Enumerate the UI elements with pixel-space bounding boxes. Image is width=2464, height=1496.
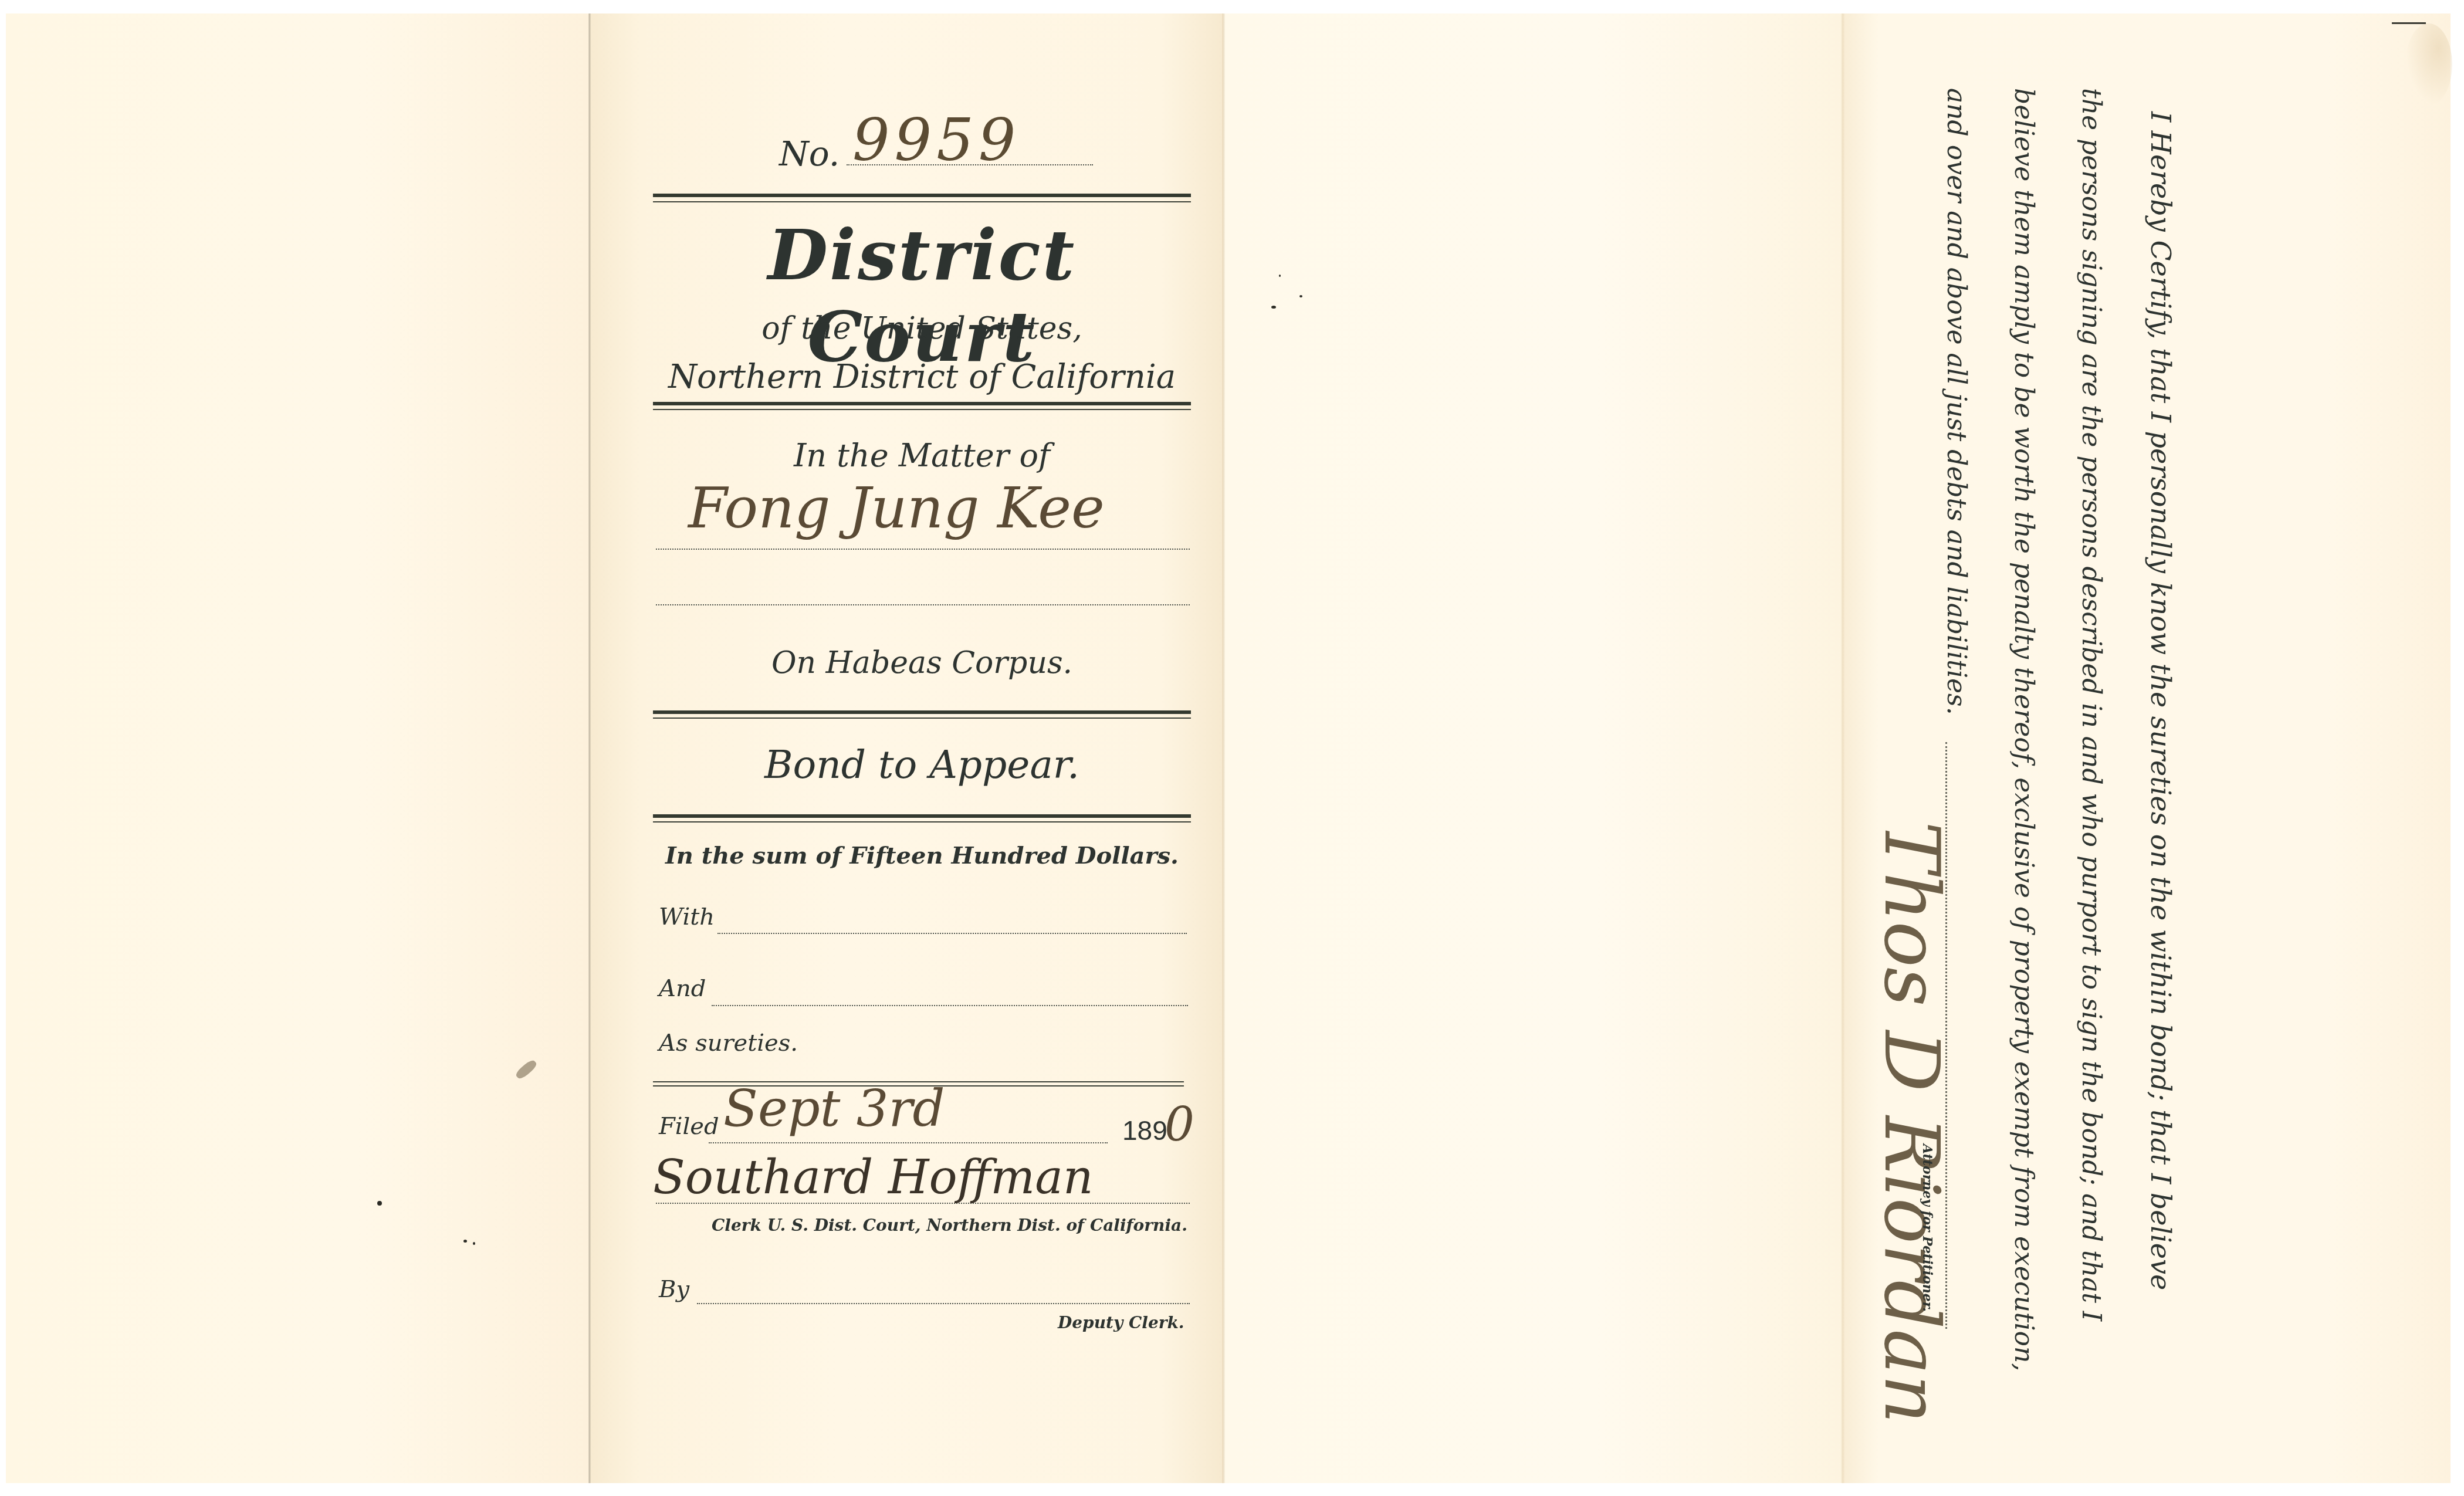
stain-mark — [2405, 23, 2452, 106]
certification-line: believe them amply to be worth the penal… — [2009, 88, 2039, 1371]
court-subtitle-2: Northern District of California — [653, 358, 1191, 396]
section-rule-thick — [653, 814, 1191, 818]
attorney-label: Attorney for Petitioner. — [1920, 1144, 1935, 1312]
filed-label: Filed — [659, 1113, 719, 1140]
section-rule-thin — [653, 821, 1191, 823]
filed-year-suffix: 0 — [1165, 1097, 1194, 1152]
petitioner-name: Fong Jung Kee — [688, 475, 1105, 541]
ink-speck — [1279, 275, 1281, 277]
section-rule-thick — [653, 710, 1191, 714]
petitioner-line-2 — [656, 604, 1190, 605]
header-rule-thick — [653, 194, 1191, 197]
section-rule-thin — [653, 717, 1191, 719]
clerk-title: Clerk U. S. Dist. Court, Northern Dist. … — [712, 1216, 1187, 1235]
with-label: With — [659, 903, 715, 930]
clerk-signature: Southard Hoffman — [653, 1150, 1093, 1204]
document-type: Bond to Appear. — [653, 742, 1191, 787]
and-field[interactable] — [712, 1005, 1188, 1006]
case-number-value: 9959 — [852, 106, 1021, 174]
and-label: And — [659, 975, 706, 1002]
court-title: District Court — [653, 214, 1191, 377]
blank-panel — [1223, 13, 1842, 1483]
fold-line — [1222, 13, 1225, 1483]
section-rule-thin — [653, 409, 1191, 410]
ink-speck — [377, 1201, 382, 1206]
ink-mark — [2392, 22, 2426, 24]
court-subtitle-1: of the United States, — [653, 311, 1191, 346]
certification-line: I Hereby Certify, that I personally know… — [2145, 111, 2177, 1290]
attorney-signature: Thos D Riordan — [1867, 821, 1957, 1424]
header-rule-thin — [653, 201, 1191, 202]
ink-speck — [473, 1242, 475, 1245]
petitioner-line-1 — [656, 549, 1190, 550]
by-label: By — [659, 1276, 689, 1303]
ink-speck — [463, 1240, 467, 1243]
fold-line — [588, 13, 591, 1483]
ink-speck — [1271, 306, 1276, 309]
ink-speck — [1299, 295, 1302, 297]
sureties-label: As sureties. — [659, 1030, 798, 1057]
case-number-label: No. — [779, 134, 840, 174]
by-field[interactable] — [697, 1303, 1190, 1304]
with-field[interactable] — [717, 933, 1187, 934]
filed-year-prefix: 189 — [1122, 1115, 1167, 1146]
deputy-clerk-label: Deputy Clerk. — [1058, 1313, 1184, 1332]
left-panel — [6, 13, 590, 1483]
section-rule-thick — [653, 402, 1191, 405]
certification-line: the persons signing are the persons desc… — [2076, 88, 2106, 1321]
filed-date: Sept 3rd — [723, 1079, 945, 1138]
certification-line: and over and above all just debts and li… — [1941, 88, 1971, 715]
bond-sum: In the sum of Fifteen Hundred Dollars. — [653, 842, 1191, 869]
proceeding-label: On Habeas Corpus. — [653, 645, 1191, 681]
filed-date-line — [709, 1142, 1108, 1143]
matter-label: In the Matter of — [653, 437, 1191, 474]
